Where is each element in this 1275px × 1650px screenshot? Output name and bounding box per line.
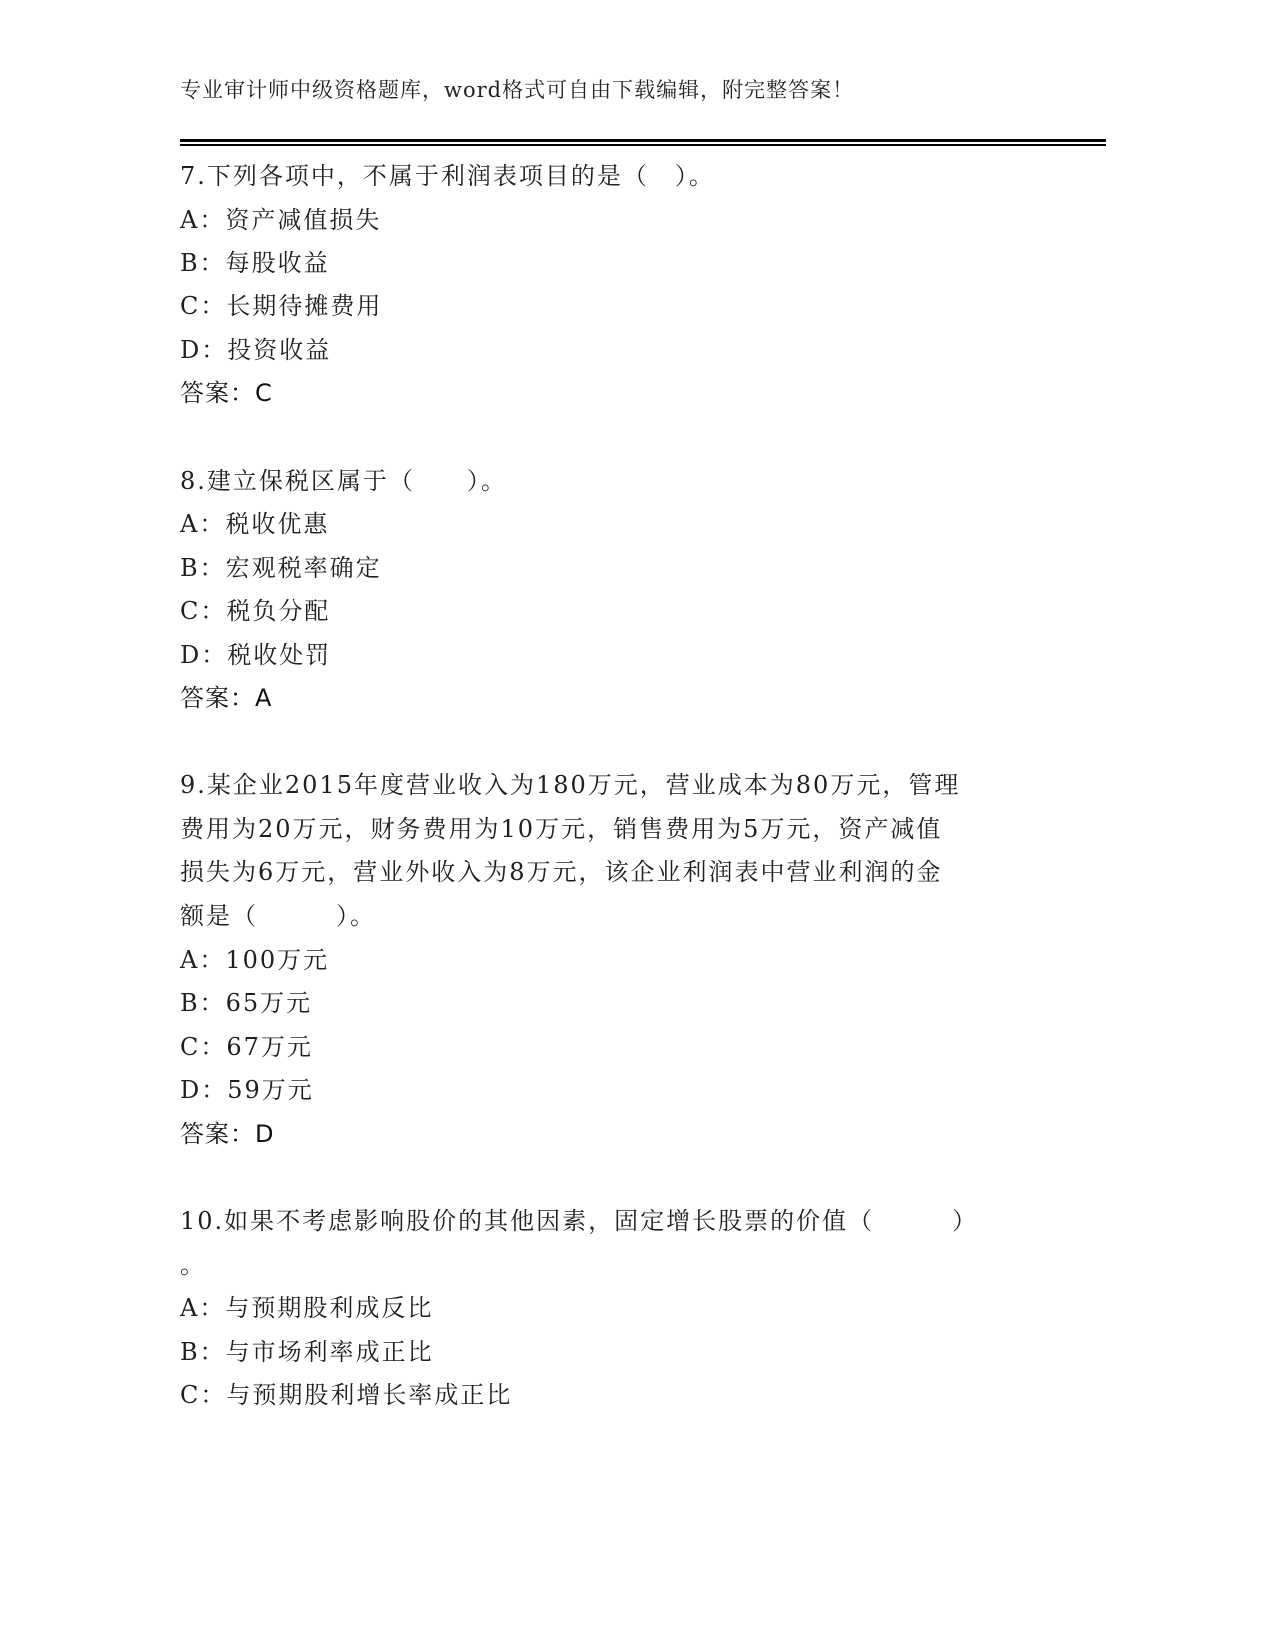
question-10-option-a: A：与预期股利成反比 xyxy=(180,1288,433,1323)
question-9-stem-line-1: 9.某企业2015年度营业收入为180万元，营业成本为80万元，管理 xyxy=(180,765,960,800)
question-8-stem: 8.建立保税区属于（ ）。 xyxy=(180,461,507,496)
question-10-option-c: C：与预期股利增长率成正比 xyxy=(180,1375,512,1410)
question-7-option-b: B：每股收益 xyxy=(180,243,330,278)
page-header: 专业审计师中级资格题库，word格式可自由下载编辑，附完整答案！ xyxy=(180,74,854,104)
question-10-stem-line-2: 。 xyxy=(180,1245,206,1280)
question-8-option-c: C：税负分配 xyxy=(180,591,330,626)
rule-thick-line xyxy=(180,139,1106,142)
question-7-option-d: D：投资收益 xyxy=(180,330,331,365)
question-7-stem: 7.下列各项中，不属于利润表项目的是（ ）。 xyxy=(180,156,715,191)
question-8-option-d: D：税收处罚 xyxy=(180,635,331,670)
question-9-option-a: A：100万元 xyxy=(180,940,329,975)
question-9-answer: 答案：D xyxy=(180,1114,274,1149)
rule-thin-line xyxy=(180,144,1106,146)
question-8-answer: 答案：A xyxy=(180,678,272,713)
question-8-option-b: B：宏观税率确定 xyxy=(180,548,382,583)
question-9-stem-line-3: 损失为6万元，营业外收入为8万元，该企业利润表中营业利润的金 xyxy=(180,852,943,887)
question-8-option-a: A：税收优惠 xyxy=(180,504,329,539)
question-9-option-d: D：59万元 xyxy=(180,1070,314,1105)
question-9-option-b: B：65万元 xyxy=(180,983,312,1018)
question-7-option-c: C：长期待摊费用 xyxy=(180,286,382,321)
question-10-stem-line-1: 10.如果不考虑影响股价的其他因素，固定增长股票的价值（ ） xyxy=(180,1201,978,1236)
question-7-answer: 答案：C xyxy=(180,373,273,408)
question-9-stem-line-4: 额是（ ）。 xyxy=(180,896,376,931)
question-9-option-c: C：67万元 xyxy=(180,1027,313,1062)
header-double-rule xyxy=(180,139,1106,147)
question-7-option-a: A：资产减值损失 xyxy=(180,200,381,235)
question-9-stem-line-2: 费用为20万元，财务费用为10万元，销售费用为5万元，资产减值 xyxy=(180,809,942,844)
question-10-option-b: B：与市场利率成正比 xyxy=(180,1332,434,1367)
